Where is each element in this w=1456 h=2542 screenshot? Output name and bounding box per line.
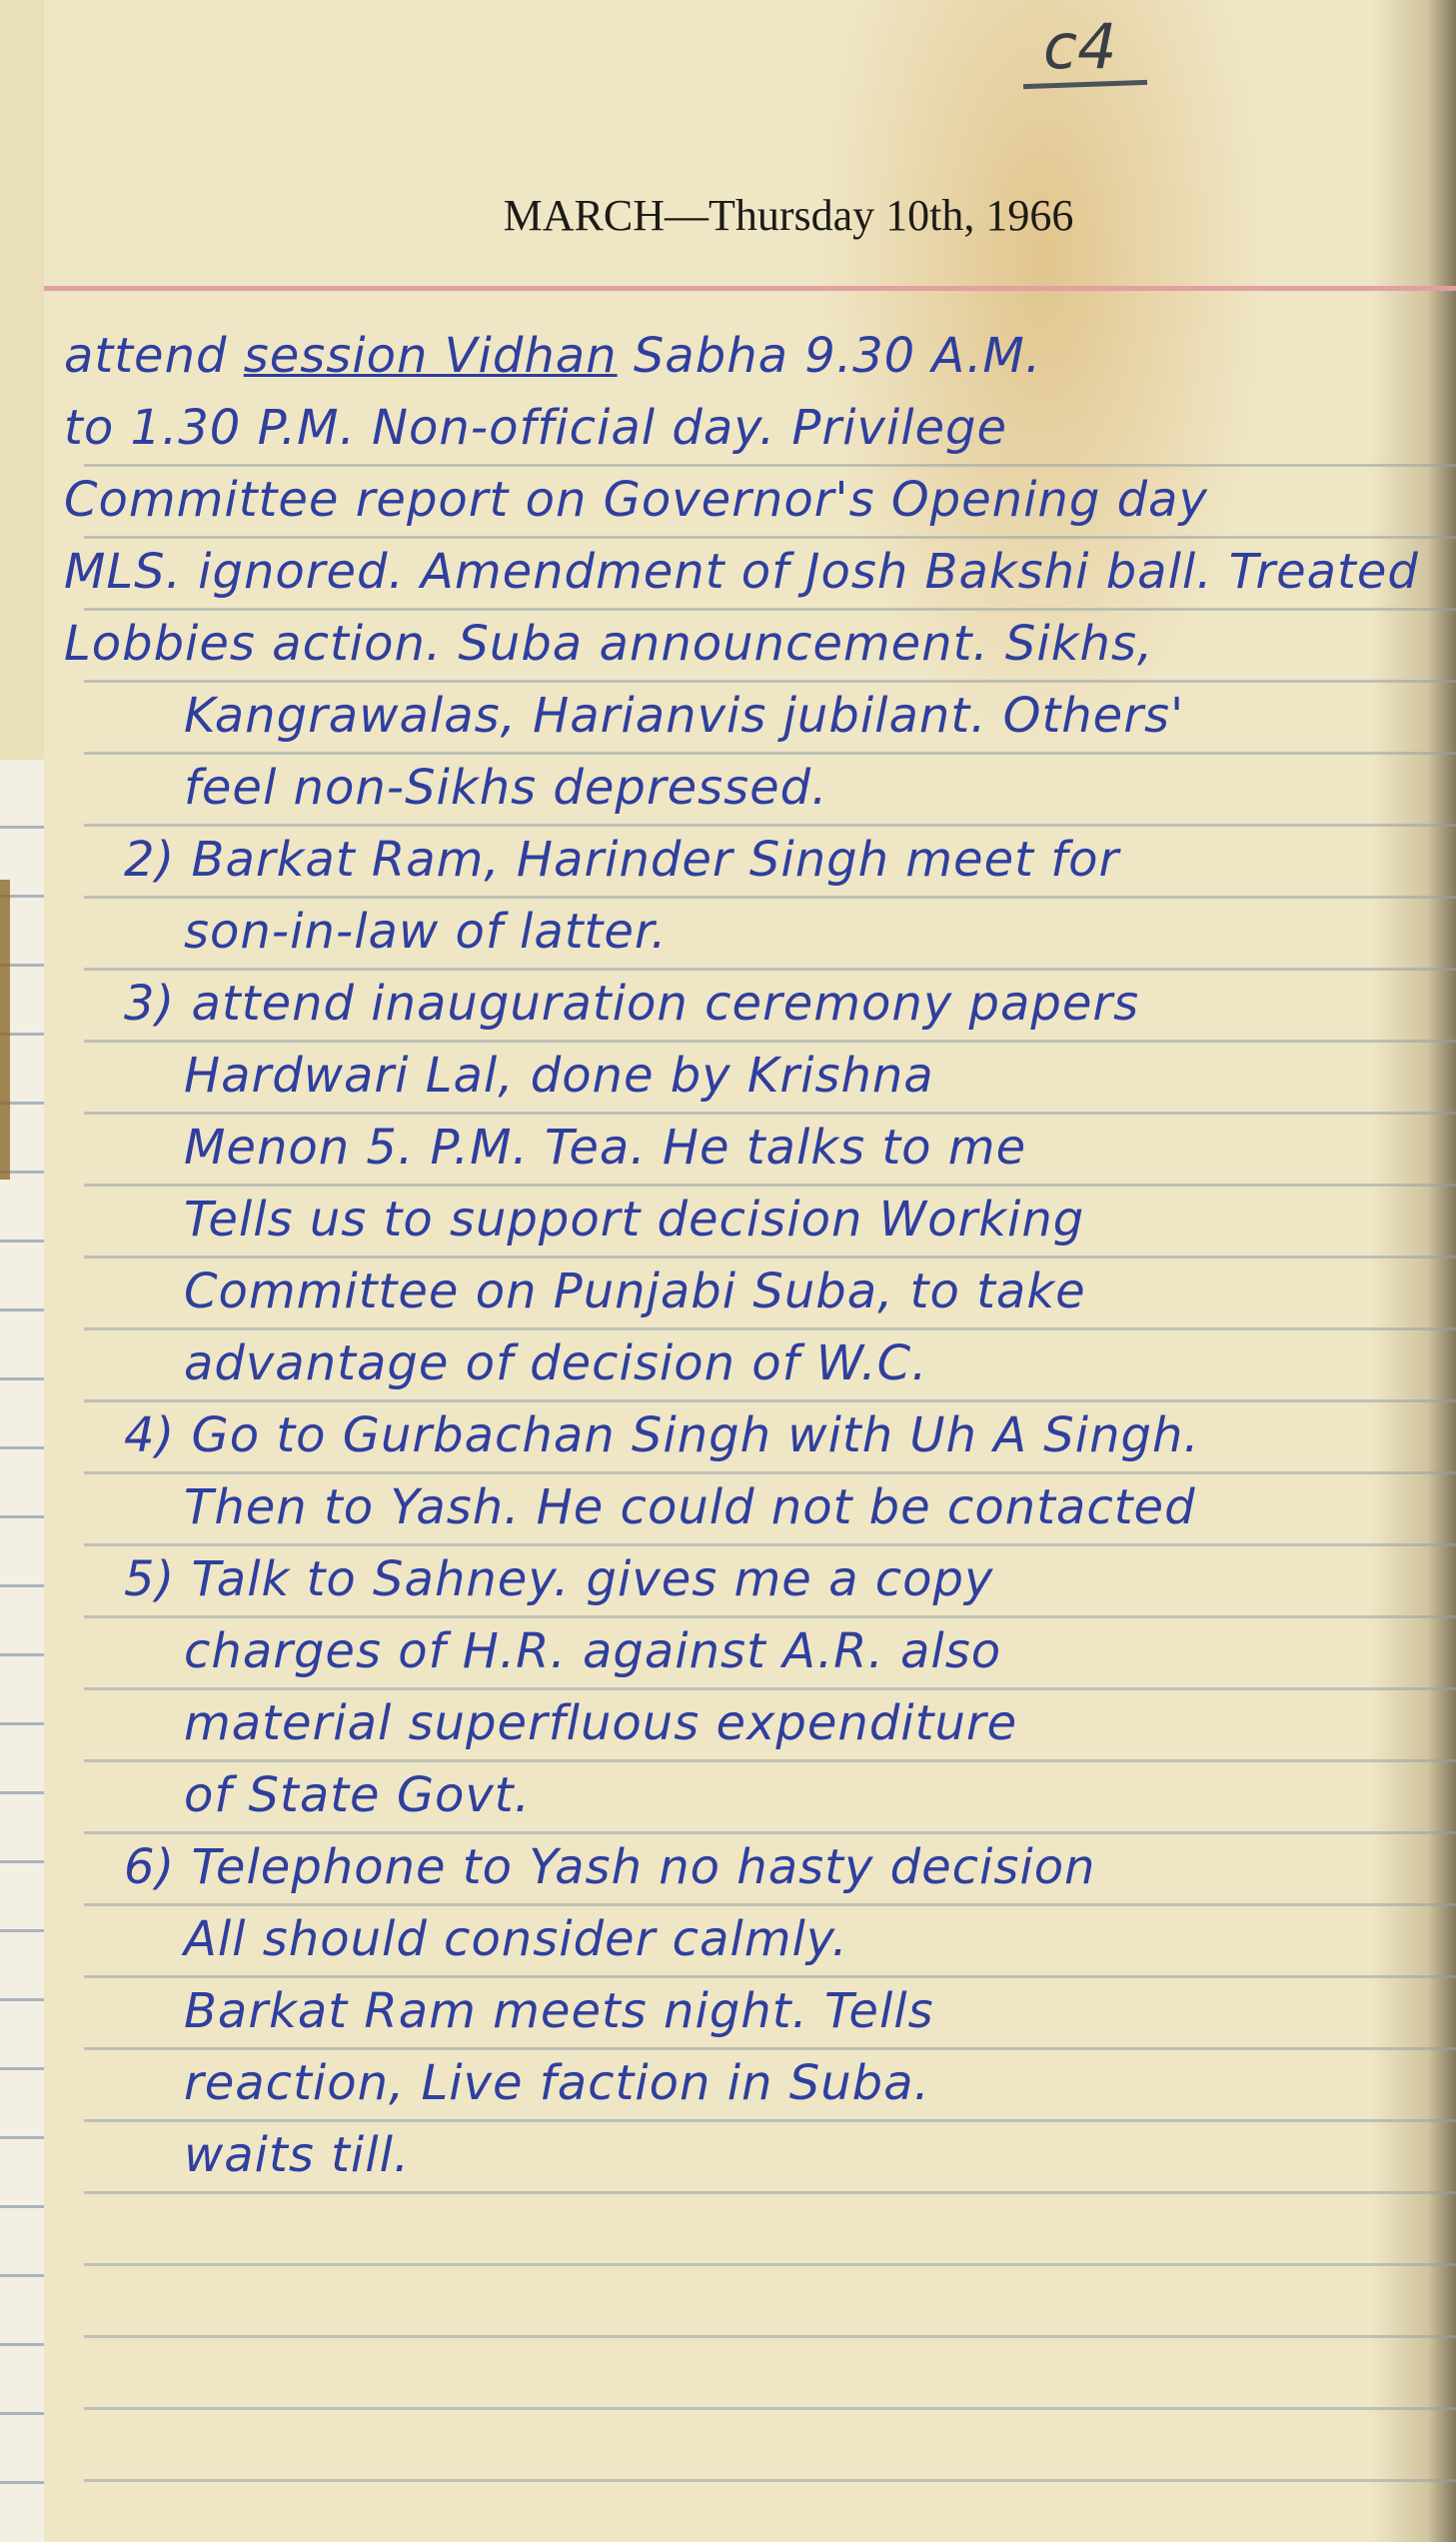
annotation-text: c4 <box>1043 10 1117 83</box>
entry-line-item-4: 4) Go to Gurbachan Singh with Uh A Singh… <box>64 1399 1443 1471</box>
entry-line: All should consider calmly. <box>64 1903 1443 1975</box>
entry-line: son-in-law of latter. <box>64 896 1443 968</box>
underlying-page-edge <box>0 760 46 2542</box>
diary-page: c4 MARCH—Thursday 10th, 1966 attend sess… <box>44 0 1456 2542</box>
entry-line: of State Govt. <box>64 1759 1443 1831</box>
entry-line: to 1.30 P.M. Non-official day. Privilege <box>64 392 1443 464</box>
entry-line: Hardwari Lal, done by Krishna <box>64 1040 1443 1112</box>
entry-line: advantage of decision of W.C. <box>64 1327 1443 1399</box>
entry-line-item-2: 2) Barkat Ram, Harinder Singh meet for <box>64 824 1443 896</box>
entry-line: Barkat Ram meets night. Tells <box>64 1975 1443 2047</box>
entry-text: Sabha 9.30 A.M. <box>618 328 1042 384</box>
archive-annotation: c4 <box>1043 10 1117 83</box>
entry-line: Menon 5. P.M. Tea. He talks to me <box>64 1112 1443 1184</box>
entry-line: MLS. ignored. Amendment of Josh Bakshi b… <box>64 536 1443 608</box>
entry-line: attend session Vidhan Sabha 9.30 A.M. <box>64 320 1443 392</box>
entry-text: attend <box>64 328 244 384</box>
page-stain <box>0 880 10 1180</box>
entry-line: reaction, Live faction in Suba. <box>64 2047 1443 2119</box>
entry-line-item-6: 6) Telephone to Yash no hasty decision <box>64 1831 1443 1903</box>
handwritten-entry: attend session Vidhan Sabha 9.30 A.M. to… <box>64 320 1443 2191</box>
underlined-text: session Vidhan <box>244 328 618 384</box>
entry-line-item-5: 5) Talk to Sahney. gives me a copy <box>64 1543 1443 1615</box>
annotation-underline <box>1023 80 1147 89</box>
entry-line: Lobbies action. Suba announcement. Sikhs… <box>64 608 1443 680</box>
entry-line: feel non-Sikhs depressed. <box>64 752 1443 824</box>
entry-line: Committee on Punjabi Suba, to take <box>64 1256 1443 1327</box>
entry-line: Kangrawalas, Harianvis jubilant. Others' <box>64 680 1443 752</box>
date-header: MARCH—Thursday 10th, 1966 <box>389 190 1188 241</box>
entry-line: Tells us to support decision Working <box>64 1184 1443 1256</box>
header-red-rule <box>44 286 1456 291</box>
entry-line: waits till. <box>64 2119 1443 2191</box>
entry-line: Then to Yash. He could not be contacted <box>64 1471 1443 1543</box>
entry-line: Committee report on Governor's Opening d… <box>64 464 1443 536</box>
entry-line: material superfluous expenditure <box>64 1687 1443 1759</box>
entry-line-item-3: 3) attend inauguration ceremony papers <box>64 968 1443 1040</box>
entry-line: charges of H.R. against A.R. also <box>64 1615 1443 1687</box>
